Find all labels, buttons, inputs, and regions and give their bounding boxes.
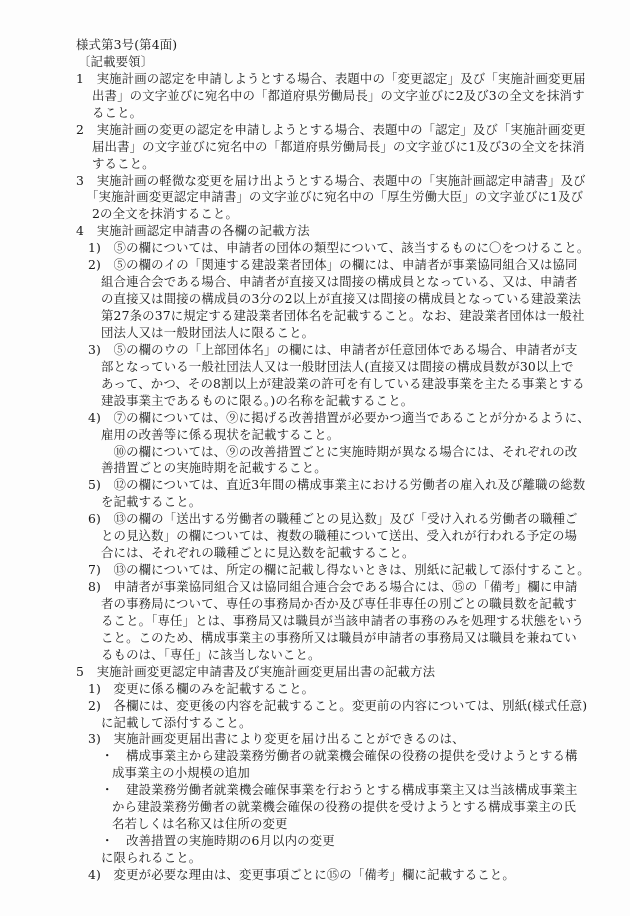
- text-line: 4 実施計画認定申請書の各欄の記載方法: [76, 222, 310, 240]
- text-line: 7) ⑬の欄については、所定の欄に記載し得ないときは、別紙に記載して添付すること…: [88, 561, 590, 579]
- text-line: 6) ⑬の欄の「送出する労働者の職種ごとの見込数」及び「受け入れる労働者の職種ご: [88, 510, 578, 528]
- text-line: 善措置ごとの実施時期を記載すること。: [101, 459, 327, 477]
- text-line: ること。「専任」とは、事務局又は職員が当該申請者の事務のみを処理する状態をいう: [101, 612, 584, 630]
- text-line: 1 実施計画の認定を申請しようとする場合、表題中の「変更認定」及び「実施計画変更…: [76, 70, 586, 88]
- text-line: を記載すること。: [101, 493, 201, 511]
- text-line: 届出書」の文字並びに宛名中の「都道府県労働局長」の文字並びに1及び3の全文を抹消: [92, 138, 585, 156]
- text-line: の直接又は間接の構成員の3分の2以上が直接又は間接の構成員となっている建設業法: [101, 290, 581, 308]
- text-line: 5) ⑫の欄については、直近3年間の構成事業主における労働者の雇入れ及び離職の総…: [88, 476, 585, 494]
- text-line: 8) 申請者が事業協同組合又は協同組合連合会である場合には、⑮の「備考」欄に申請: [88, 578, 578, 596]
- text-line: 1) ⑤の欄については、申請者の団体の類型について、該当するものに〇をつけること…: [88, 239, 589, 257]
- text-line: 2) 各欄には、変更後の内容を記載すること。変更前の内容については、別紙(様式任…: [88, 697, 587, 715]
- text-line: 2) ⑤の欄のイの「関連する建設業者団体」の欄には、申請者が事業協同組合又は協同: [88, 256, 578, 274]
- text-line: 成事業主の小規模の追加: [112, 764, 250, 782]
- text-line: 組合連合会である場合、申請者が直接又は間接の構成員となっている、又は、申請者: [101, 273, 578, 291]
- text-line: 部となっている一般社団法人又は一般財団法人(直接又は間接の構成員数が30以上で: [101, 358, 574, 376]
- text-line: 3) ⑤の欄のウの「上部団体名」の欄には、申請者が任意団体である場合、申請者が支: [88, 341, 578, 359]
- text-line: に記載して添付すること。: [101, 714, 252, 732]
- text-line: 1) 変更に係る欄のみを記載すること。: [88, 680, 314, 698]
- text-line: 合には、それぞれの職種ごとに見込数を記載すること。: [101, 544, 415, 562]
- text-line: 出書」の文字並びに宛名中の「都道府県労働局長」の文字並びに2及び3の全文を抹消す: [92, 87, 585, 105]
- text-line: すること。: [92, 155, 155, 173]
- text-line: に限られること。: [101, 849, 201, 867]
- text-line: 3 実施計画の軽微な変更を届け出ようとする場合、表題中の「実施計画認定申請書」及…: [76, 172, 586, 190]
- text-line: 「実施計画変更認定申請書」の文字並びに宛名中の「厚生労働大臣」の文字並びに1及び: [86, 188, 583, 206]
- text-line: ・ 構成事業主から建設業務労働者の就業機会確保の役務の提供を受けようとする構: [101, 747, 578, 765]
- text-line: 5 実施計画変更認定申請書及び実施計画変更届出書の記載方法: [76, 663, 435, 681]
- text-line: あって、かつ、その8割以上が建設業の許可を有している建設事業を主たる事業とする: [101, 375, 585, 393]
- form-number: 様式第3号(第4面): [76, 36, 177, 54]
- text-line: 団法人又は一般財団法人に限ること。: [101, 324, 314, 342]
- text-line: るものは、「専任」に該当しないこと。: [101, 646, 321, 664]
- text-line: 4) 変更が必要な理由は、変更事項ごとに⑮の「備考」欄に記載すること。: [88, 866, 515, 884]
- text-line: から建設業務労働者の就業機会確保の役務の提供を受けようとする構成事業主の氏: [112, 798, 576, 816]
- text-line: ⑩の欄については、⑨の改善措置ごとに実施時期が異なる場合には、それぞれの改: [101, 443, 577, 461]
- text-line: 4) ⑦の欄については、⑨に掲げる改善措置が必要かつ適当であることが分かるように…: [88, 409, 590, 427]
- text-line: 建設事業主であるものに限る。)の名称を記載すること。: [101, 392, 413, 410]
- text-line: 名若しくは名称又は住所の変更: [112, 815, 288, 833]
- text-line: ・ 改善措置の実施時期の6月以内の変更: [101, 832, 335, 850]
- text-line: 雇用の改善等に係る現状を記載すること。: [101, 426, 339, 444]
- text-line: ・ 建設業務労働者就業機会確保事業を行おうとする構成事業主又は当該構成事業主: [101, 781, 578, 799]
- document-page: 様式第3号(第4面)〔記載要領〕1 実施計画の認定を申請しようとする場合、表題中…: [0, 0, 630, 916]
- text-line: 2の全文を抹消すること。: [92, 205, 238, 223]
- text-line: 2 実施計画の変更の認定を申請しようとする場合、表題中の「認定」及び「実施計画変…: [76, 121, 586, 139]
- text-line: 者の事務局について、専任の事務局か否か及び専任非専任の別ごとの職員数を記載す: [101, 595, 577, 613]
- text-line: との見込数」の欄については、複数の職種について送出、受入れが行われる予定の場: [101, 527, 577, 545]
- text-line: ること。: [92, 104, 142, 122]
- section-title: 〔記載要領〕: [78, 53, 153, 71]
- text-line: こと。このため、構成事業主の事務所又は職員が申請者の事務局又は職員を兼ねてい: [101, 629, 577, 647]
- text-line: 第27条の37に規定する建設業者団体名を記載すること。なお、建設業者団体は一般社: [101, 307, 585, 325]
- text-line: 3) 実施計画変更届出書により変更を届け出ることができるのは、: [88, 730, 465, 748]
